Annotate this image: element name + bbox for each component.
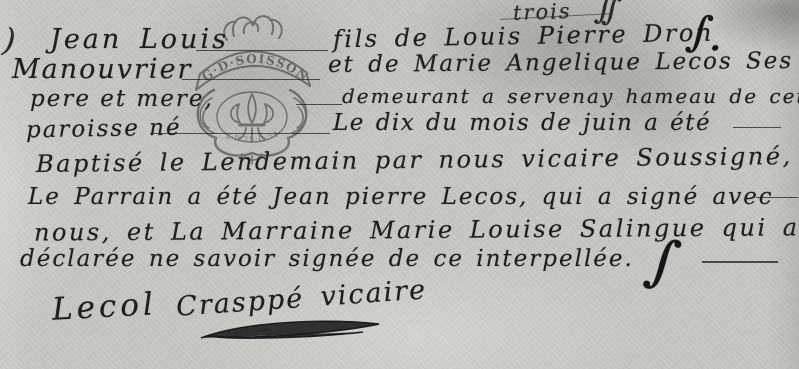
- baptism-record-scan: G·D·SOISSONS 2·P·2S·D·54 trois ∫∫ ) Jean…: [0, 0, 799, 369]
- signature-godfather: Lecol: [51, 289, 157, 325]
- margin-ink-mark: ): [1, 23, 17, 56]
- gap-filler-line: [196, 50, 328, 51]
- record-line-2-left: Manouvrier: [12, 56, 192, 83]
- gap-filler-line: [182, 79, 320, 80]
- gap-filler-line: [702, 261, 778, 263]
- record-line-8: déclarée ne savoir signée de ce interpel…: [20, 248, 634, 271]
- stamp-plume-ornament: [224, 16, 281, 40]
- record-line-4-left: paroisse né: [26, 117, 182, 143]
- signature-underline-flourish: [193, 316, 393, 346]
- record-line-5: Baptisé le Lendemain par nous vicaire So…: [36, 144, 793, 176]
- record-line-4-right: Le dix du mois de juin a été: [333, 112, 711, 135]
- signature-vicar: Crasppé vicaire: [175, 276, 428, 320]
- record-line-3-right: demeurant a servenay hameau de cette: [342, 86, 799, 106]
- gap-filler-line: [733, 127, 781, 128]
- record-line-2-right: et de Marie Angelique Lecos Ses: [328, 50, 793, 77]
- record-line-1-right: fils de Louis Pierre Dron: [333, 21, 714, 52]
- record-line-6: Le Parrain a été Jean pierre Lecos, qui …: [28, 186, 774, 209]
- gap-filler-line: [756, 197, 798, 198]
- record-line-3-left: pere et mere,: [30, 88, 214, 111]
- gap-filler-line: [150, 133, 330, 134]
- record-line-1-left: Jean Louis: [50, 26, 229, 53]
- gap-filler-line: [296, 104, 342, 105]
- record-line-7: nous, et La Marraine Marie Louise Saling…: [34, 215, 799, 244]
